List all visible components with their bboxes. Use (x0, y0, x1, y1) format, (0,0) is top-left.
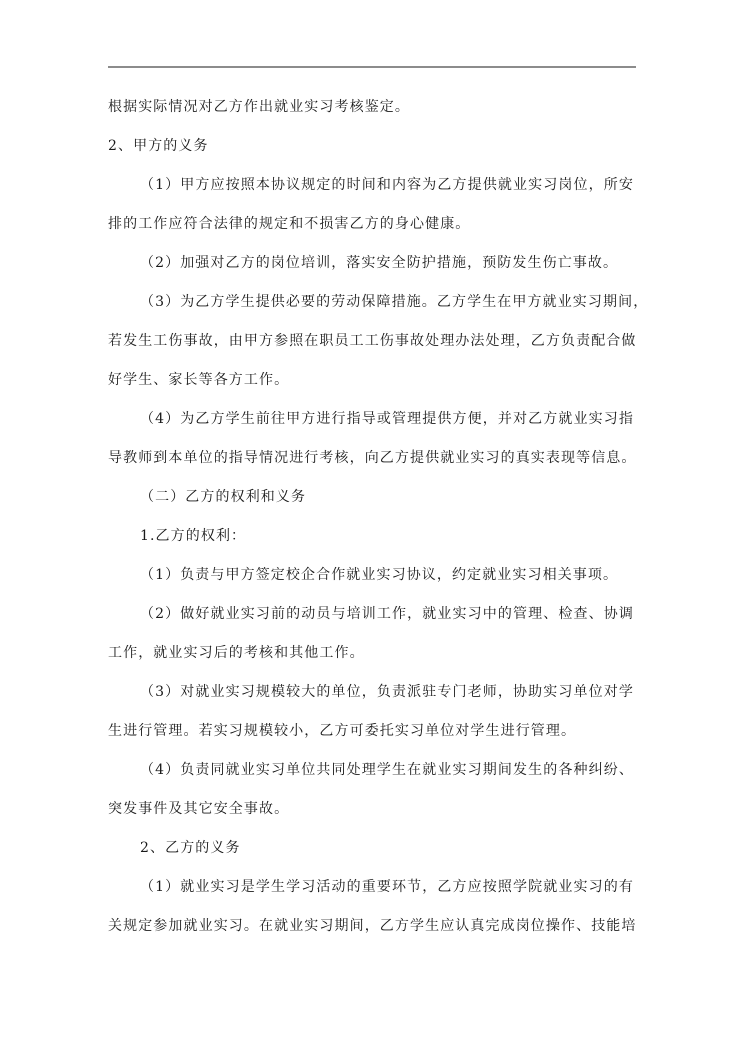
document-body: 根据实际情况对乙方作出就业实习考核鉴定。 2、甲方的义务 （1）甲方应按照本协议… (108, 88, 638, 946)
text-line: （4）负责同就业实习单位共同处理学生在就业实习期间发生的各种纠纷、 (108, 751, 634, 790)
text-line: （4）为乙方学生前往甲方进行指导或管理提供方便，并对乙方就业实习指 (108, 400, 634, 439)
text-line: 若发生工伤事故，由甲方参照在职员工工伤事故处理办法处理，乙方负责配合做 (108, 322, 634, 361)
section-heading: 2、甲方的义务 (108, 127, 638, 166)
text-line: 根据实际情况对乙方作出就业实习考核鉴定。 (108, 88, 638, 127)
subsection-heading: 2、乙方的义务 (108, 829, 638, 868)
text-line: （1）负责与甲方签定校企合作就业实习协议，约定就业实习相关事项。 (108, 556, 638, 595)
text-line: 好学生、家长等各方工作。 (108, 361, 638, 400)
header-rule (108, 66, 636, 68)
text-line: 排的工作应符合法律的规定和不损害乙方的身心健康。 (108, 205, 638, 244)
subsection-heading: 1.乙方的权利： (108, 517, 638, 556)
document-page: 根据实际情况对乙方作出就业实习考核鉴定。 2、甲方的义务 （1）甲方应按照本协议… (0, 0, 744, 1052)
text-line: （1）就业实习是学生学习活动的重要环节，乙方应按照学院就业实习的有 (108, 868, 634, 907)
text-line: 关规定参加就业实习。在就业实习期间，乙方学生应认真完成岗位操作、技能培 (108, 907, 634, 946)
text-line: 工作，就业实习后的考核和其他工作。 (108, 634, 638, 673)
text-line: （2）做好就业实习前的动员与培训工作，就业实习中的管理、检查、协调 (108, 595, 634, 634)
text-line: 生进行管理。若实习规模较小，乙方可委托实习单位对学生进行管理。 (108, 712, 638, 751)
text-line: （3）为乙方学生提供必要的劳动保障措施。乙方学生在甲方就业实习期间， (108, 283, 634, 322)
text-line: （3）对就业实习规模较大的单位，负责派驻专门老师，协助实习单位对学 (108, 673, 634, 712)
text-line: （1）甲方应按照本协议规定的时间和内容为乙方提供就业实习岗位，所安 (108, 166, 634, 205)
text-line: 导教师到本单位的指导情况进行考核，向乙方提供就业实习的真实表现等信息。 (108, 439, 634, 478)
text-line: （2）加强对乙方的岗位培训，落实安全防护措施，预防发生伤亡事故。 (108, 244, 638, 283)
section-heading: （二）乙方的权利和义务 (108, 478, 638, 517)
text-line: 突发事件及其它安全事故。 (108, 790, 638, 829)
